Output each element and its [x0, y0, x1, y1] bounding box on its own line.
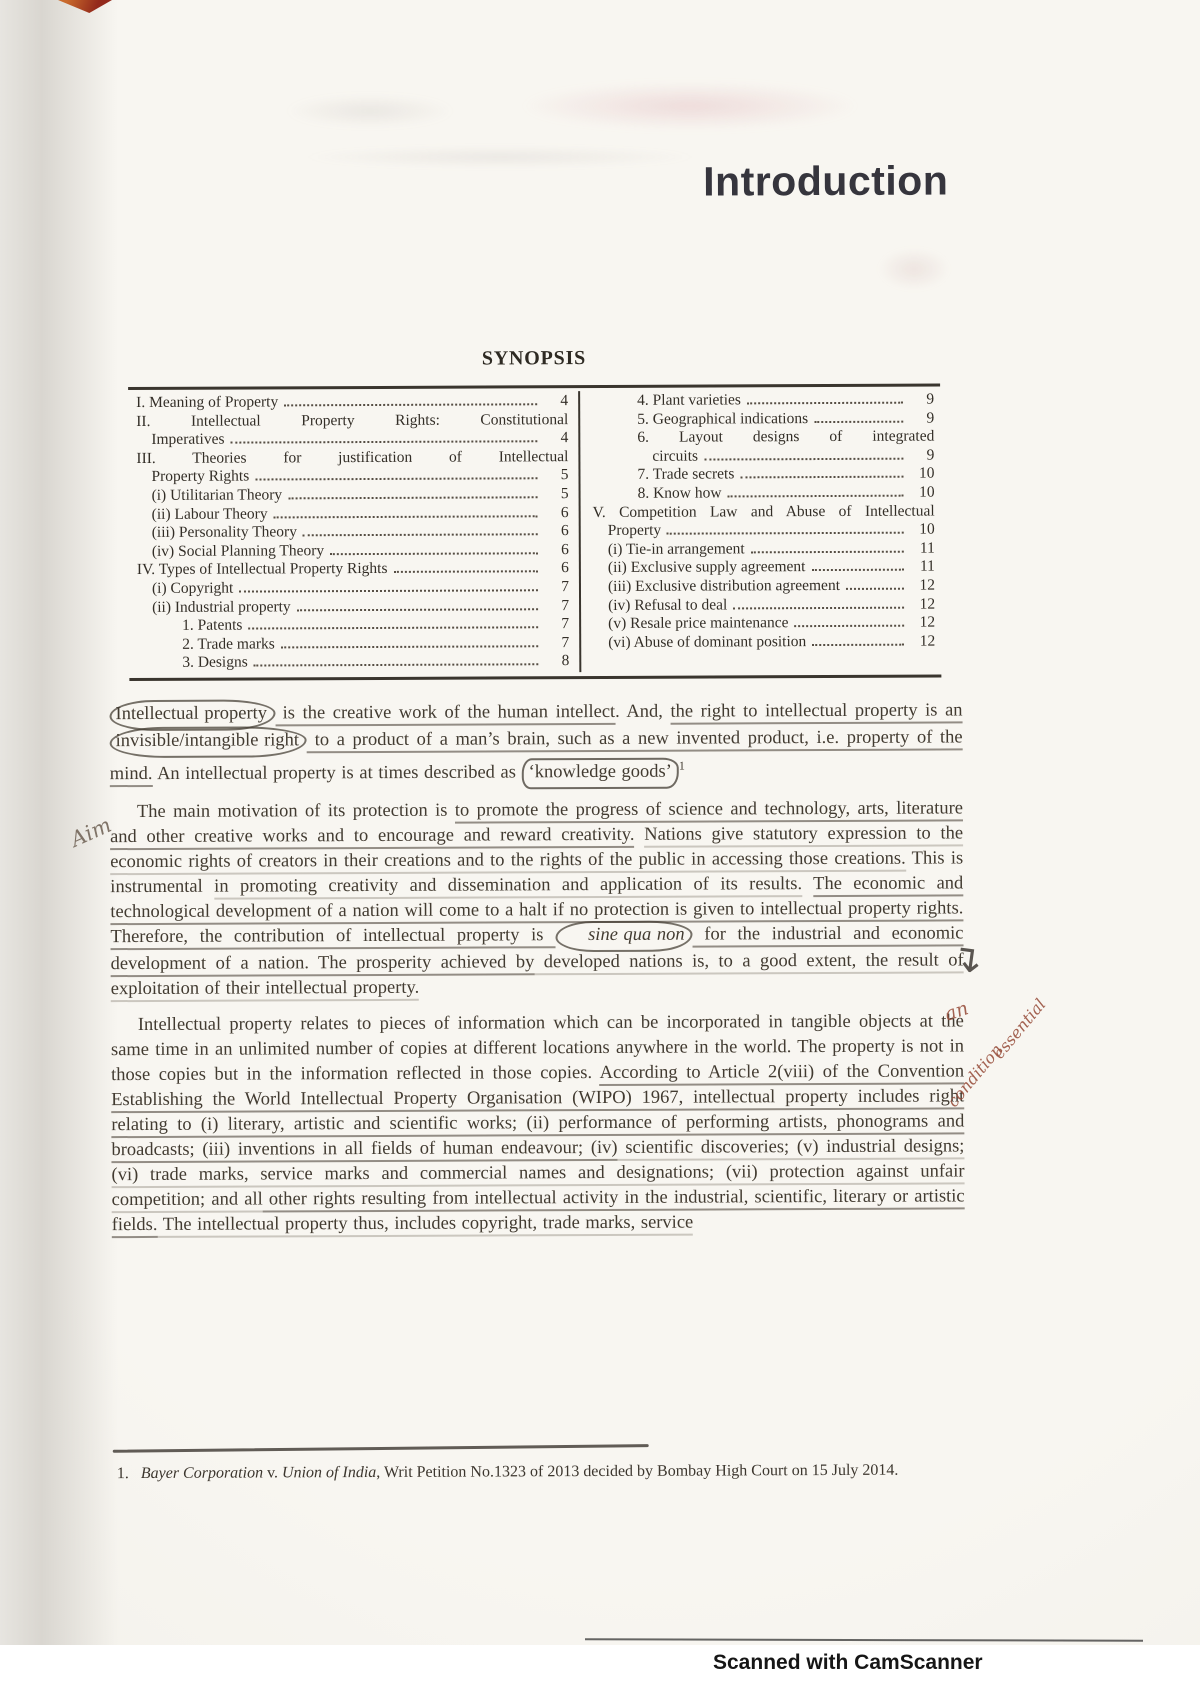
synopsis-entry-label: Property Rights	[151, 468, 249, 487]
synopsis-page-number: 9	[906, 409, 934, 428]
synopsis-entry: 6. Layout designs of integrated	[592, 428, 934, 448]
synopsis-page-number: 9	[906, 391, 934, 410]
synopsis-entry: IV. Types of Intellectual Property Right…	[137, 559, 569, 579]
text-segment: The main motivation of its protection is	[137, 801, 455, 822]
synopsis-entry: Imperatives4	[136, 429, 568, 449]
synopsis-entry: Property Rights5	[136, 467, 568, 487]
synopsis-left-column: I. Meaning of Property4II. Intellectual …	[128, 391, 579, 674]
synopsis-entry: 7. Trade secrets10	[592, 465, 934, 485]
dot-leader	[751, 550, 904, 553]
dot-leader	[811, 569, 903, 571]
synopsis-entry: (iv) Refusal to deal12	[593, 595, 935, 615]
synopsis-entry-label: II. Intellectual Property Rights: Consti…	[136, 411, 568, 431]
synopsis-entry: 3. Designs8	[137, 652, 569, 672]
annotated-text-segment: invisible/intangible right	[110, 726, 308, 758]
synopsis-entry-label: (ii) Industrial property	[152, 598, 291, 617]
handwritten-margin-scribble: Aim	[67, 813, 115, 852]
synopsis-entry-label: V. Competition Law and Abuse of Intellec…	[593, 502, 935, 522]
synopsis-entry-label: 6. Layout designs of integrated	[637, 428, 934, 448]
synopsis-heading: SYNOPSIS	[128, 346, 940, 373]
text-segment: An intellectual property is at times des…	[152, 762, 521, 784]
synopsis-page-number: 12	[907, 614, 935, 633]
annotated-text-segment: Therefore, the contribution of intellect…	[110, 925, 555, 950]
text-segment: v.	[263, 1464, 282, 1481]
synopsis-entry: (ii) Industrial property7	[137, 597, 569, 617]
synopsis-entry-label: (iv) Refusal to deal	[608, 596, 727, 615]
synopsis-entry-label: 2. Trade marks	[182, 635, 275, 654]
synopsis-entry: (ii) Labour Theory6	[137, 504, 569, 524]
synopsis-entry: 8. Know how10	[593, 484, 935, 504]
dot-leader	[231, 440, 538, 443]
synopsis-entry-label: (ii) Exclusive supply agreement	[608, 558, 806, 577]
dot-leader	[794, 625, 904, 627]
annotated-text-segment: sine qua non	[555, 921, 693, 953]
synopsis-page-number: 12	[907, 595, 935, 614]
synopsis-page-number: 10	[907, 521, 935, 540]
annotated-text-segment: The intellectual property thus, includes…	[157, 1213, 693, 1238]
dot-leader	[740, 476, 903, 479]
footnote-marker: 1.	[117, 1463, 129, 1485]
synopsis-right-column: 4. Plant varieties95. Geographical indic…	[578, 390, 941, 672]
dot-leader	[239, 589, 538, 592]
synopsis-entry-label: (vi) Abuse of dominant position	[608, 633, 806, 652]
text-segment: . And,	[615, 702, 670, 722]
synopsis-page-number: 9	[906, 446, 934, 465]
camscanner-watermark: Scanned with CamScanner	[713, 1651, 983, 1675]
synopsis-entry-label: IV. Types of Intellectual Property Right…	[137, 560, 388, 580]
synopsis-entry: 2. Trade marks7	[137, 634, 569, 654]
annotated-text-segment: 1	[679, 759, 685, 773]
dot-leader	[704, 457, 903, 460]
synopsis-entry: (vi) Abuse of dominant position12	[593, 632, 935, 652]
synopsis-entry: circuits9	[592, 446, 934, 466]
synopsis-entry-label: circuits	[652, 447, 698, 466]
synopsis-entry: (iv) Social Planning Theory6	[137, 541, 569, 561]
synopsis-page-number: 5	[541, 485, 569, 504]
dot-leader	[814, 420, 903, 422]
synopsis-page-number: 10	[907, 484, 935, 503]
synopsis-entry-label: (v) Resale price maintenance	[608, 614, 788, 633]
dot-leader	[288, 496, 537, 499]
dot-leader	[254, 664, 539, 667]
page-title: Introduction	[703, 157, 948, 205]
dot-leader	[733, 606, 904, 609]
synopsis-page-number: 4	[540, 392, 568, 411]
annotated-text-segment: ‘knowledge goods’	[522, 758, 679, 790]
synopsis-entry-label: 5. Geographical indications	[637, 410, 808, 429]
synopsis-entry-label: 1. Patents	[182, 617, 242, 636]
synopsis-page-number: 12	[907, 576, 935, 595]
synopsis-entry: Property10	[593, 521, 935, 541]
synopsis-entry-label: Property	[608, 522, 661, 541]
dot-leader	[394, 571, 538, 574]
dot-leader	[248, 626, 538, 629]
synopsis-page-number: 11	[907, 539, 935, 558]
body-paragraph: The main motivation of its protection is…	[110, 797, 964, 1003]
synopsis-page-number: 7	[541, 578, 569, 597]
synopsis-entry: 4. Plant varieties9	[592, 391, 934, 411]
synopsis-entry: (i) Tie-in arrangement11	[593, 539, 935, 559]
synopsis-entry: (iii) Exclusive distribution agreement12	[593, 576, 935, 596]
footnote: 1. Bayer Corporation v. Union of India, …	[115, 1459, 960, 1484]
synopsis-table: I. Meaning of Property4II. Intellectual …	[128, 384, 941, 681]
scanned-book-page: Introduction SYNOPSIS I. Meaning of Prop…	[0, 0, 1200, 1698]
synopsis-entry: 1. Patents7	[137, 615, 569, 635]
dot-leader	[255, 478, 537, 481]
synopsis-entry-label: (iv) Social Planning Theory	[152, 542, 324, 561]
synopsis-entry: 5. Geographical indications9	[592, 409, 934, 429]
synopsis-page-number: 11	[907, 558, 935, 577]
camscanner-bar: Scanned with CamScanner	[0, 1645, 1200, 1698]
dot-leader	[281, 645, 538, 648]
footnote-rule	[113, 1444, 649, 1453]
synopsis-page-number: 12	[907, 632, 935, 651]
synopsis-page-number: 6	[541, 559, 569, 578]
synopsis-entry-label: (ii) Labour Theory	[152, 505, 268, 524]
text-segment: , Writ Petition No.1323 of 2013 decided …	[376, 1462, 898, 1481]
synopsis-entry: III. Theories for justification of Intel…	[136, 448, 568, 468]
annotated-text-segment: the right to intellectual property is an	[670, 700, 962, 724]
synopsis-entry-label: (i) Tie-in arrangement	[608, 540, 745, 559]
synopsis-entry: (ii) Exclusive supply agreement11	[593, 558, 935, 578]
synopsis-page-number: 4	[540, 429, 568, 448]
dot-leader	[284, 403, 537, 406]
synopsis-page-number: 6	[541, 522, 569, 541]
margin-arrow-icon: ↴	[948, 934, 986, 983]
footnote-text: Bayer Corporation v. Union of India, Wri…	[141, 1462, 899, 1482]
body-paragraph: Intellectual property relates to pieces …	[111, 1010, 965, 1239]
body-text: Intellectual property is the creative wo…	[109, 698, 964, 1249]
synopsis-entry-label: 4. Plant varieties	[637, 391, 741, 410]
synopsis-entry-label: 7. Trade secrets	[637, 466, 734, 485]
synopsis-entry: (v) Resale price maintenance12	[593, 614, 935, 634]
synopsis-entry-label: (iii) Personality Theory	[152, 523, 297, 542]
synopsis-page-number: 7	[541, 597, 569, 616]
synopsis-entry: (i) Copyright7	[137, 578, 569, 598]
synopsis-entry-label: 3. Designs	[182, 654, 248, 673]
synopsis-entry: V. Competition Law and Abuse of Intellec…	[593, 502, 935, 522]
body-paragraph: Intellectual property is the creative wo…	[109, 698, 962, 789]
synopsis-entry-label: III. Theories for justification of Intel…	[136, 448, 568, 468]
dot-leader	[846, 588, 904, 590]
dot-leader	[812, 643, 904, 645]
text-segment	[802, 874, 813, 894]
synopsis-page-number: 5	[540, 467, 568, 486]
synopsis-page-number: 7	[541, 634, 569, 653]
dot-leader	[667, 532, 904, 535]
synopsis-entry: (i) Utilitarian Theory5	[137, 485, 569, 505]
dot-leader	[747, 402, 903, 405]
dot-leader	[303, 533, 538, 536]
synopsis-entry: (iii) Personality Theory6	[137, 522, 569, 542]
synopsis-entry-label: (iii) Exclusive distribution agreement	[608, 577, 840, 597]
annotated-text-segment: Union of India	[282, 1464, 376, 1481]
annotated-text-segment: is the creative work of the human intell…	[275, 702, 615, 726]
synopsis-entry-label: Imperatives	[151, 431, 224, 450]
synopsis-entry-label: 8. Know how	[638, 484, 722, 503]
synopsis-entry-label: (i) Utilitarian Theory	[152, 486, 283, 505]
page-content: Introduction SYNOPSIS I. Meaning of Prop…	[0, 0, 1200, 1648]
synopsis-entry: I. Meaning of Property4	[136, 392, 568, 412]
dot-leader	[330, 552, 538, 555]
dot-leader	[728, 495, 904, 498]
page-scan: Introduction SYNOPSIS I. Meaning of Prop…	[0, 0, 1200, 1645]
synopsis-entry-label: I. Meaning of Property	[136, 393, 278, 412]
annotated-text-segment: in promoting creativity and disseminatio…	[214, 874, 802, 900]
synopsis-entry-label: (i) Copyright	[152, 580, 233, 599]
text-segment	[634, 825, 644, 845]
synopsis-entry: II. Intellectual Property Rights: Consti…	[136, 411, 568, 431]
synopsis-page-number: 10	[906, 465, 934, 484]
dot-leader	[297, 608, 538, 611]
synopsis-page-number: 7	[541, 615, 569, 634]
annotated-text-segment: Bayer Corporation	[141, 1464, 263, 1482]
synopsis-page-number: 6	[541, 504, 569, 523]
synopsis-page-number: 6	[541, 541, 569, 560]
synopsis-page-number: 8	[541, 652, 569, 671]
dot-leader	[274, 515, 538, 518]
